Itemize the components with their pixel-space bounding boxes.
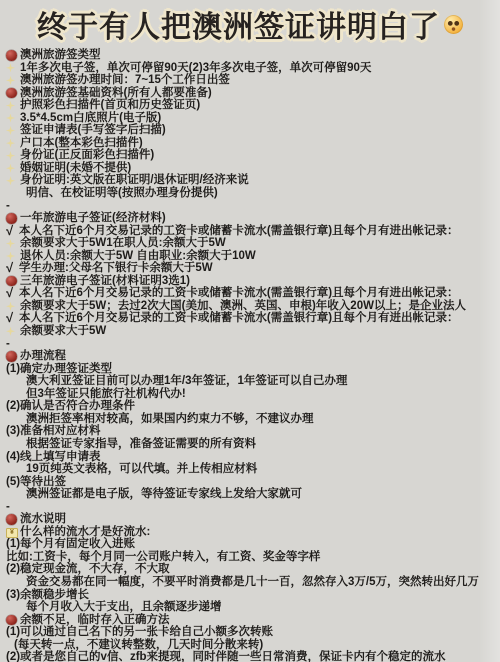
text-line: √本人名下近6个月交易记录的工资卡或储蓄卡流水(需盖银行章)且每个月有进出帐记录…: [6, 312, 496, 325]
line-text: (3)准备相对应材料: [6, 425, 101, 438]
line-text: (2)稳定现金流，不大存，不大取: [6, 563, 170, 576]
text-line: -: [6, 200, 496, 213]
text-line: 澳洲拒签率相对较高，如果国内约束力不够，不建议办理: [6, 413, 496, 426]
red-dot-icon: [6, 50, 17, 61]
line-text: (2)确认是否符合办理条件: [6, 400, 135, 413]
sparkle-icon: [6, 164, 15, 173]
line-text: 澳洲旅游签基础资料(所有人都要准备): [20, 87, 212, 100]
text-line: 退休人员:余额大于5W 自由职业:余额大于10W: [6, 250, 496, 263]
sparkle-icon: [6, 126, 15, 135]
line-text: 每个月收入大于支出，且余额逐步递增: [26, 601, 222, 614]
line-text: (5)等待出签: [6, 476, 66, 489]
text-line: 三年旅游电子签证(材料证明3选1): [6, 275, 496, 288]
line-text: 3.5*4.5cm白底照片(电子版): [20, 112, 161, 125]
line-text: 身份证明:英文版在职证明/退休证明/经济来说: [20, 174, 249, 187]
line-text: 流水说明: [20, 513, 66, 526]
sparkle-icon: [6, 162, 20, 175]
text-line: 比如:工资卡，每个月同一公司账户转入，有工资、奖金等字样: [6, 551, 496, 564]
text-line: 但3年签证只能旅行社机构代办!: [6, 388, 496, 401]
text-line: 澳洲旅游签类型: [6, 49, 496, 62]
line-text: 余额要求大于5W；去过2次大国(美加、澳洲、英国、申根)年收入20W以上；是企业…: [20, 300, 466, 313]
line-text: 签证申请表(手写签字后扫描): [20, 124, 166, 137]
sparkle-icon: [6, 327, 15, 336]
line-text: 比如:工资卡，每个月同一公司账户转入，有工资、奖金等字样: [6, 551, 320, 564]
text-line: 3.5*4.5cm白底照片(电子版): [6, 112, 496, 125]
line-text: 资金交易都在同一幅度，不要平时消费都是几十一百，忽然存入3万/5万，突然转出好几…: [26, 576, 479, 589]
line-text: 三年旅游电子签证(材料证明3选1): [20, 275, 190, 288]
line-text: 余额不足，临时存入正确方法: [20, 614, 170, 627]
text-line: (2)稳定现金流，不大存，不大取: [6, 563, 496, 576]
sparkle-icon: [6, 239, 15, 248]
red-dot-icon: [6, 614, 20, 627]
line-text: 根据签证专家指导，准备签证需要的所有资料: [26, 438, 256, 451]
sparkle-icon: [6, 63, 15, 72]
line-text: 澳大利亚签证目前可以办理1年/3年签证，1年签证可以自己办理: [26, 375, 347, 388]
text-line: 余额要求大于5W: [6, 325, 496, 338]
text-line: 澳洲旅游签办理时间：7~15个工作日出签: [6, 74, 496, 87]
red-dot-icon: [6, 88, 17, 99]
text-line: 身份证明:英文版在职证明/退休证明/经济来说: [6, 174, 496, 187]
text-line: (5)等待出签: [6, 476, 496, 489]
line-text: (2)或者是您自己的v信、zfb来提现，同时伴随一些日常消费，保证卡内有个稳定的…: [6, 651, 446, 662]
red-dot-icon: [6, 351, 17, 362]
sparkle-icon: [6, 137, 20, 150]
sparkle-icon: [6, 74, 20, 87]
text-line: ¥什么样的流水才是好流水:: [6, 526, 496, 539]
text-line: (2)或者是您自己的v信、zfb来提现，同时伴随一些日常消费，保证卡内有个稳定的…: [6, 651, 496, 662]
red-dot-icon: [6, 513, 20, 526]
line-text: -: [6, 200, 10, 213]
line-text: (1)可以通过自己名下的另一张卡给自己小额多次转账: [6, 626, 273, 639]
text-line: 户口本(整本彩色扫描件): [6, 137, 496, 150]
line-text: 身份证(正反面彩色扫描件): [20, 149, 154, 162]
line-text: 澳洲签证都是电子版，等待签证专家线上发给大家就可: [26, 488, 302, 501]
title-text: 终于有人把澳洲签证讲明白了: [37, 2, 440, 46]
text-line: (2)确认是否符合办理条件: [6, 400, 496, 413]
sparkle-icon: [6, 149, 20, 162]
text-line: √本人名下近6个月交易记录的工资卡或储蓄卡流水(需盖银行章)且每个月有进出帐记录…: [6, 287, 496, 300]
text-line: (1)确定办理签证类型: [6, 363, 496, 376]
sparkle-icon: [6, 114, 15, 123]
text-line: (1)可以通过自己名下的另一张卡给自己小额多次转账: [6, 626, 496, 639]
line-text: 婚姻证明(未婚不提供): [20, 162, 131, 175]
line-text: 本人名下近6个月交易记录的工资卡或储蓄卡流水(需盖银行章)且每个月有进出帐记录：: [19, 287, 459, 300]
text-line: 签证申请表(手写签字后扫描): [6, 124, 496, 137]
text-line: -: [6, 501, 496, 514]
line-text: 学生办理:父母名下银行卡余额大于5W: [19, 262, 213, 275]
red-dot-icon: [6, 49, 20, 62]
sparkle-icon: [6, 139, 15, 148]
sparkle-icon: [6, 124, 20, 137]
check-icon: √: [6, 312, 19, 325]
line-text: 澳洲旅游签办理时间：7~15个工作日出签: [20, 74, 230, 87]
text-line: 流水说明: [6, 513, 496, 526]
line-text: 但3年签证只能旅行社机构代办!: [26, 388, 186, 401]
line-text: 19页纯英文表格，可以代填。并上传相应材料: [26, 463, 257, 476]
sparkle-icon: [6, 112, 20, 125]
line-text: 办理流程: [20, 350, 66, 363]
line-text: (4)线上填写申请表: [6, 451, 101, 464]
text-line: (4)线上填写申请表: [6, 451, 496, 464]
text-line: (3)余额稳步增长: [6, 589, 496, 602]
sparkle-icon: [6, 302, 15, 311]
line-text: 余额要求大于5W: [20, 325, 106, 338]
text-line: 办理流程: [6, 350, 496, 363]
sparkle-icon: [6, 252, 15, 261]
text-line: 澳洲旅游签基础资料(所有人都要准备): [6, 87, 496, 100]
line-text: 明信、在校证明等(按照办理身份提供): [26, 187, 218, 200]
red-dot-icon: [6, 350, 20, 363]
line-text: 户口本(整本彩色扫描件): [20, 137, 143, 150]
sparkle-icon: [6, 76, 15, 85]
line-text: 护照彩色扫描件(首页和历史签证页): [20, 99, 200, 112]
text-line: (1)每个月有固定收入进账: [6, 538, 496, 551]
line-text: 本人名下近6个月交易记录的工资卡或储蓄卡流水(需盖银行章)且每个月有进出帐记录：: [19, 225, 459, 238]
line-text: 余额要求大于5W1在职人员:余额大于5W: [20, 237, 226, 250]
text-line: 余额要求大于5W；去过2次大国(美加、澳洲、英国、申根)年收入20W以上；是企业…: [6, 300, 496, 313]
page-title: 终于有人把澳洲签证讲明白了: [0, 3, 500, 45]
line-text: 一年旅游电子签证(经济材料): [20, 212, 166, 225]
line-text: 澳洲旅游签类型: [20, 49, 101, 62]
text-line: 资金交易都在同一幅度，不要平时消费都是几十一百，忽然存入3万/5万，突然转出好几…: [6, 576, 496, 589]
text-line: 1年多次电子签，单次可停留90天(2)3年多次电子签，单次可停留90天: [6, 62, 496, 75]
line-text: 本人名下近6个月交易记录的工资卡或储蓄卡流水(需盖银行章)且每个月有进出帐记录：: [19, 312, 459, 325]
text-line: 一年旅游电子签证(经济材料): [6, 212, 496, 225]
line-text: 退休人员:余额大于5W 自由职业:余额大于10W: [20, 250, 256, 263]
text-line: 19页纯英文表格，可以代填。并上传相应材料: [6, 463, 496, 476]
text-line: √学生办理:父母名下银行卡余额大于5W: [6, 262, 496, 275]
text-line: √本人名下近6个月交易记录的工资卡或储蓄卡流水(需盖银行章)且每个月有进出帐记录…: [6, 225, 496, 238]
text-line: 婚姻证明(未婚不提供): [6, 162, 496, 175]
money-yen-icon: ¥: [6, 528, 18, 538]
text-line: -: [6, 338, 496, 351]
text-line: (3)准备相对应材料: [6, 425, 496, 438]
sparkle-icon: [6, 62, 20, 75]
text-line: 澳大利亚签证目前可以办理1年/3年签证，1年签证可以自己办理: [6, 375, 496, 388]
sparkle-icon: [6, 151, 15, 160]
red-dot-icon: [6, 514, 17, 525]
check-icon: √: [6, 287, 19, 300]
text-line: 身份证(正反面彩色扫描件): [6, 149, 496, 162]
sparkle-icon: [6, 237, 20, 250]
text-line: 余额不足，临时存入正确方法: [6, 614, 496, 627]
sparkle-icon: [6, 174, 20, 187]
sparkle-icon: [6, 99, 20, 112]
red-dot-icon: [6, 87, 20, 100]
red-dot-icon: [6, 615, 17, 626]
check-icon: √: [6, 225, 19, 238]
text-line: 根据签证专家指导，准备签证需要的所有资料: [6, 438, 496, 451]
line-text: 什么样的流水才是好流水:: [20, 526, 150, 539]
sparkle-icon: [6, 101, 15, 110]
text-line: 余额要求大于5W1在职人员:余额大于5W: [6, 237, 496, 250]
text-line: 护照彩色扫描件(首页和历史签证页): [6, 99, 496, 112]
sparkle-icon: [6, 325, 20, 338]
line-text: 澳洲拒签率相对较高，如果国内约束力不够，不建议办理: [26, 413, 314, 426]
pleading-face-emoji: [444, 15, 463, 34]
check-icon: √: [6, 262, 19, 275]
text-line: 明信、在校证明等(按照办理身份提供): [6, 187, 496, 200]
line-text: -: [6, 338, 10, 351]
text-line: 澳洲签证都是电子版，等待签证专家线上发给大家就可: [6, 488, 496, 501]
line-text: -: [6, 501, 10, 514]
note-page: 终于有人把澳洲签证讲明白了 澳洲旅游签类型1年多次电子签，单次可停留90天(2)…: [0, 0, 500, 662]
text-line: (每天转一点，不建议转整数，几天时间分散来转): [6, 639, 496, 652]
line-text: (1)每个月有固定收入进账: [6, 538, 135, 551]
money-yen-icon: ¥: [6, 526, 20, 539]
line-text: 1年多次电子签，单次可停留90天(2)3年多次电子签，单次可停留90天: [20, 62, 371, 75]
sparkle-icon: [6, 176, 15, 185]
line-text: (3)余额稳步增长: [6, 589, 89, 602]
text-line: 每个月收入大于支出，且余额逐步递增: [6, 601, 496, 614]
line-text: (每天转一点，不建议转整数，几天时间分散来转): [14, 639, 263, 652]
lines: 澳洲旅游签类型1年多次电子签，单次可停留90天(2)3年多次电子签，单次可停留9…: [0, 47, 500, 662]
line-text: (1)确定办理签证类型: [6, 363, 112, 376]
